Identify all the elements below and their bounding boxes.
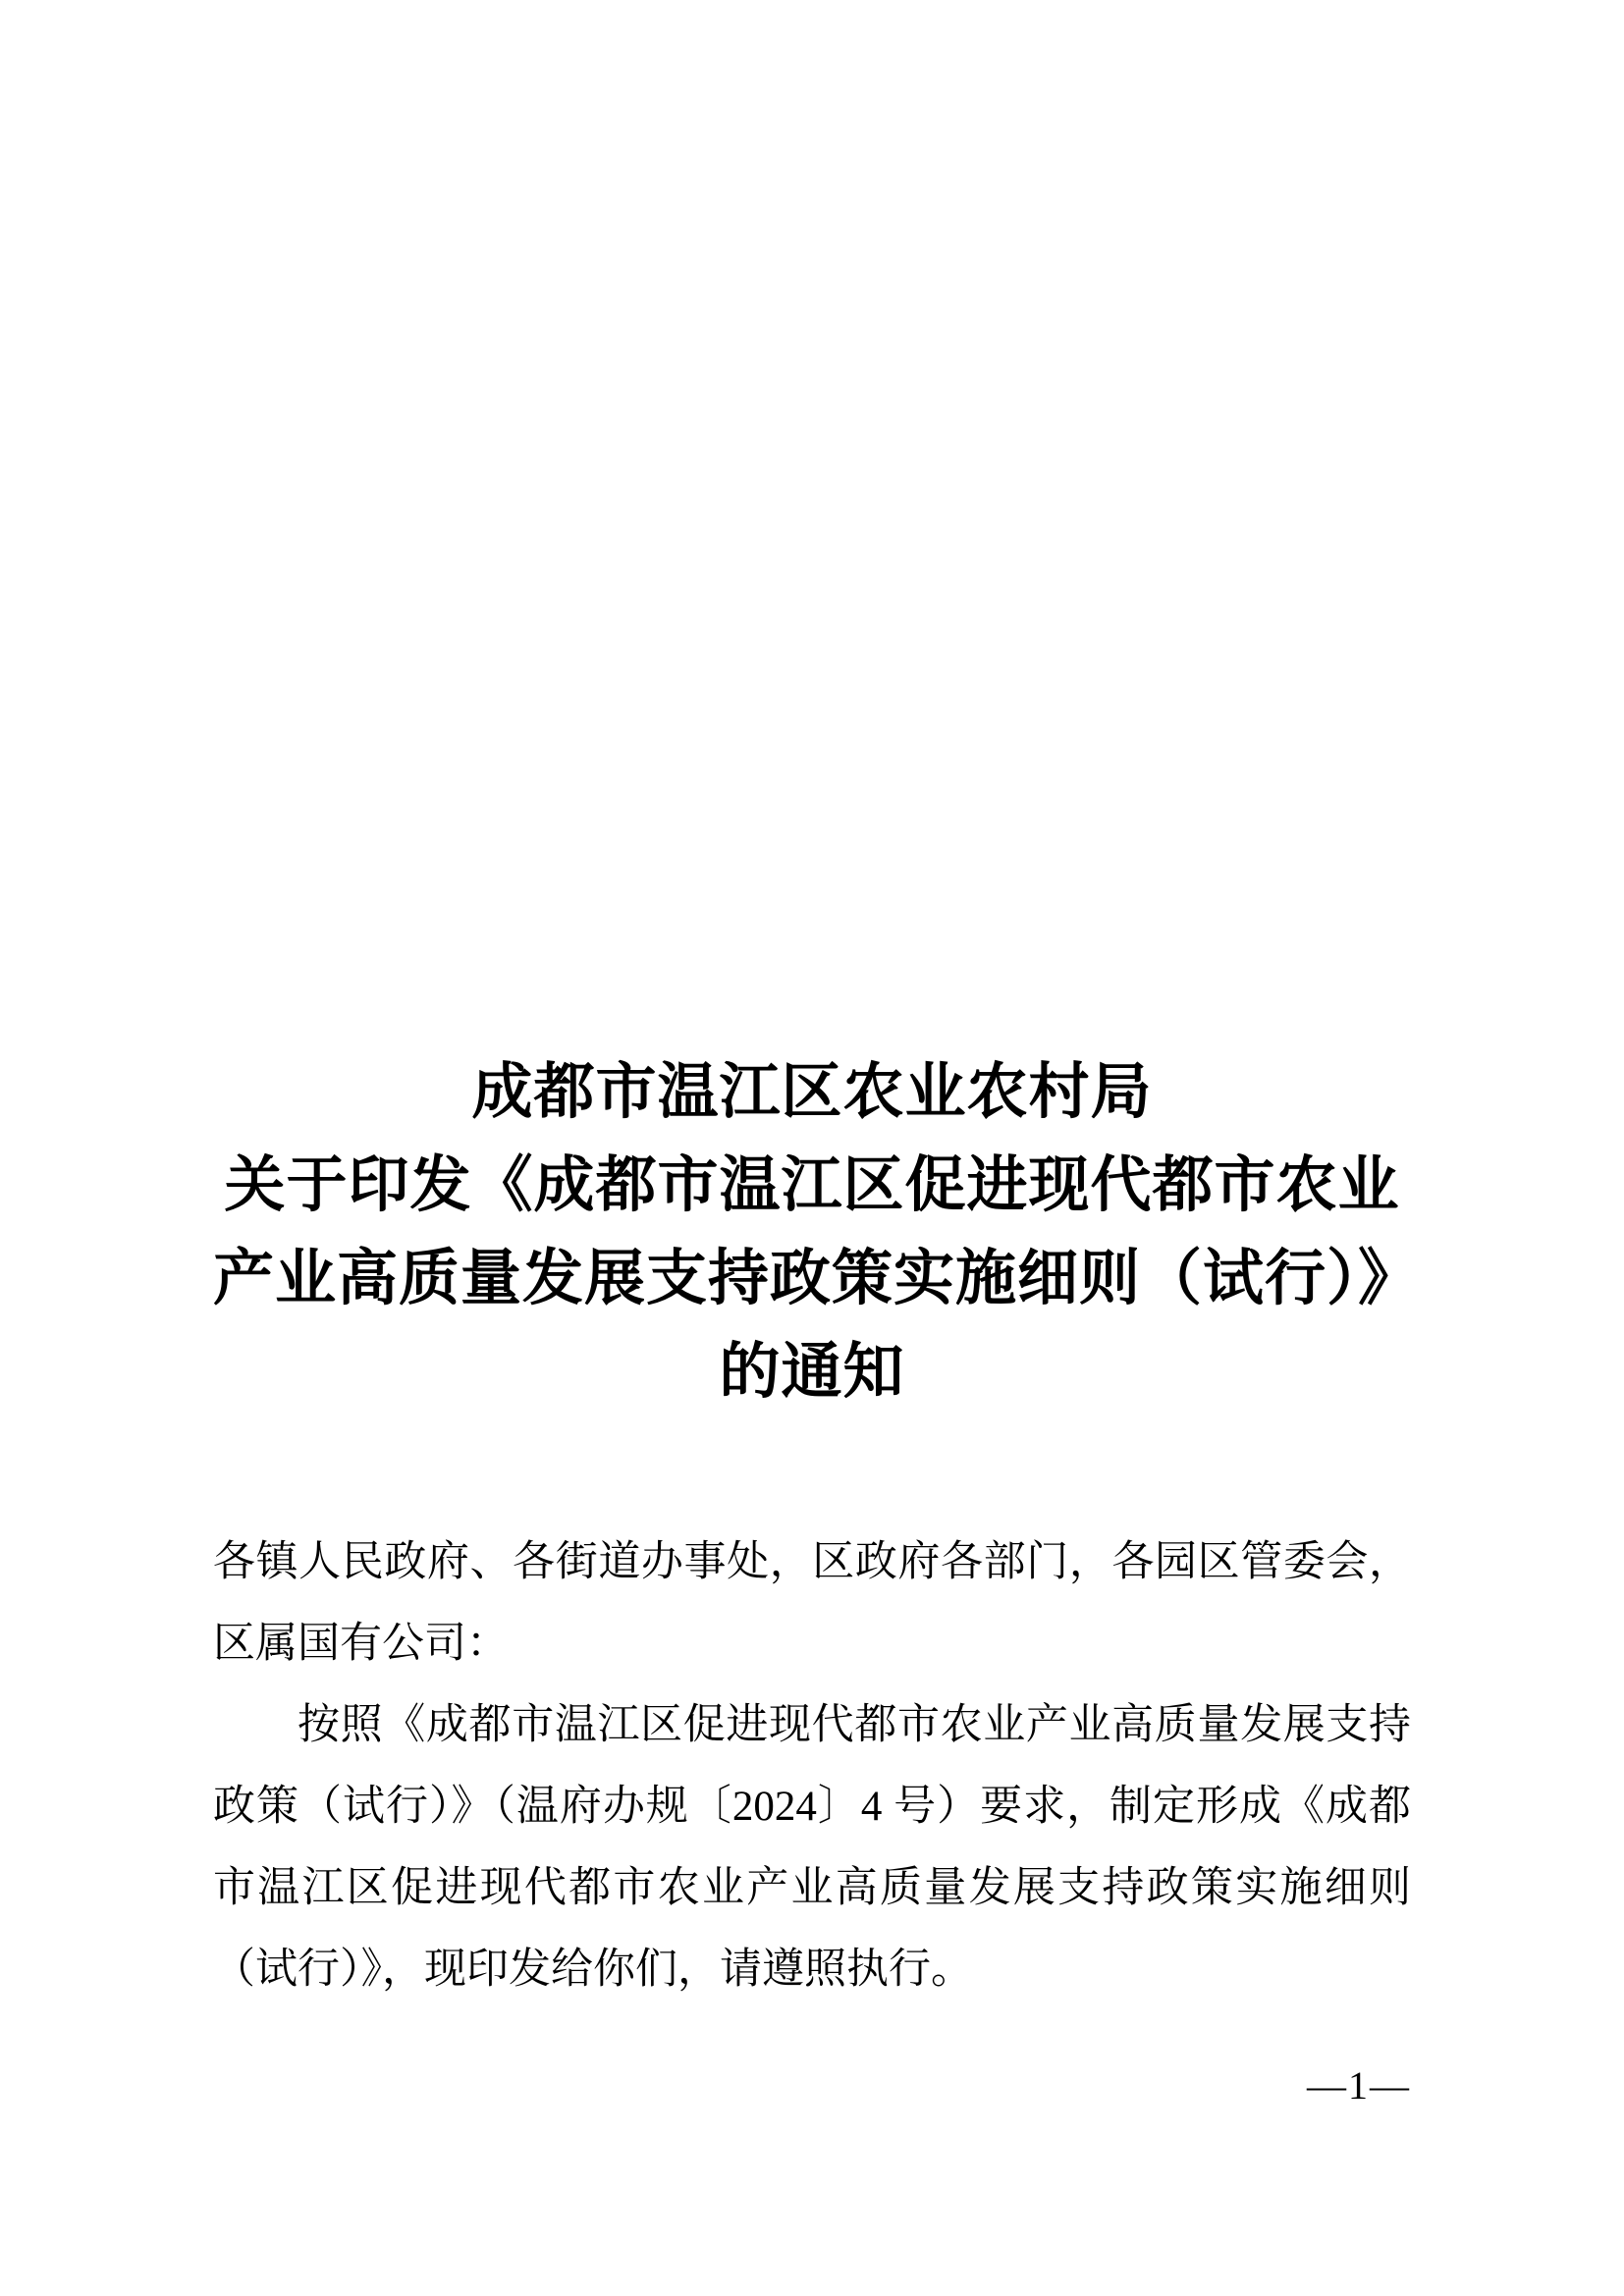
title-line-4: 的通知 [213,1326,1411,1419]
body-paragraph-line-2: 政策（试行）》（温府办规〔2024〕4 号）要求，制定形成《成都 [213,1766,1411,1847]
body-addressees-line-2: 区属国有公司： [213,1603,1411,1684]
title-line-2: 关于印发《成都市温江区促进现代都市农业 [213,1140,1411,1233]
title-line-1: 成都市温江区农业农村局 [213,1046,1411,1140]
document-page: 成都市温江区农业农村局 关于印发《成都市温江区促进现代都市农业 产业高质量发展支… [0,0,1624,2296]
body-paragraph-line-3: 市温江区促进现代都市农业产业高质量发展支持政策实施细则 [213,1847,1411,1929]
document-body: 各镇人民政府、各街道办事处，区政府各部门，各园区管委会， 区属国有公司： 按照《… [213,1522,1411,2010]
document-title: 成都市温江区农业农村局 关于印发《成都市温江区促进现代都市农业 产业高质量发展支… [213,1046,1411,1419]
page-number: —1— [1307,2064,1411,2108]
body-addressees-line-1: 各镇人民政府、各街道办事处，区政府各部门，各园区管委会， [213,1522,1411,1603]
body-paragraph-line-1: 按照《成都市温江区促进现代都市农业产业高质量发展支持 [213,1684,1411,1766]
body-paragraph-line-4: （试行）》，现印发给你们，请遵照执行。 [213,1929,1411,2010]
title-line-3: 产业高质量发展支持政策实施细则（试行）》 [213,1233,1411,1326]
